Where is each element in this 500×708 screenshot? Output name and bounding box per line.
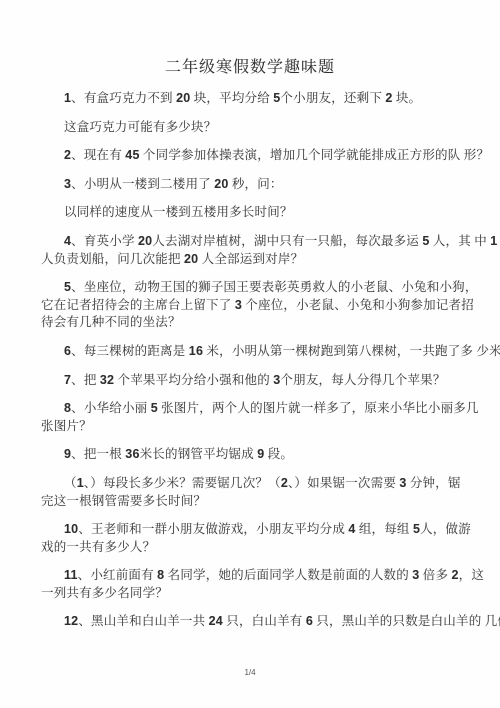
problem-paragraph: 以同样的速度从一楼到五楼用多长时间？ — [41, 204, 467, 222]
problem-paragraph: 3、小明从一楼到二楼用了 20 秒，问： — [41, 176, 467, 194]
problem-paragraph: 7、把 32 个苹果平均分给小强和他的 3个朋友，每人分得几个苹果？ — [41, 372, 467, 390]
problem-line: 一列共有多少名同学？ — [41, 585, 467, 603]
problem-paragraph: 12、黑山羊和白山羊一共 24 只，白山羊有 6 只，黑山羊的只数是白山羊的 几… — [41, 613, 467, 631]
problem-line: 2、现在有 45 个同学参加体操表演，增加几个同学就能排成正方形的队 形？ — [41, 147, 467, 165]
problem-paragraph: 9、把一根 36米长的钢管平均锯成 9 段。 — [41, 446, 467, 464]
problem-paragraph: 这盒巧克力可能有多少块？ — [41, 119, 467, 137]
problem-line: 待会有几种不同的坐法？ — [41, 314, 467, 332]
problem-line: 7、把 32 个苹果平均分给小强和他的 3个朋友，每人分得几个苹果？ — [41, 372, 467, 390]
problem-line: 戏的一共有多少人？ — [41, 539, 467, 557]
document-page: 二年级寒假数学趣味题 1、有盒巧克力不到 20 块，平均分给 5个小朋友，还剩下… — [0, 0, 500, 708]
problem-line: 它在记者招待会的主席台上留下了 3 个座位，小老鼠、小兔和小狗参加记者招 — [41, 297, 467, 315]
problem-paragraph: 1、有盒巧克力不到 20 块，平均分给 5个小朋友，还剩下 2 块。 — [41, 90, 467, 108]
problem-paragraph: 8、小华给小丽 5 张图片，两个人的图片就一样多了，原来小华比小丽多几张图片？ — [41, 400, 467, 435]
problem-line: 8、小华给小丽 5 张图片，两个人的图片就一样多了，原来小华比小丽多几 — [41, 400, 467, 418]
problem-line: 这盒巧克力可能有多少块？ — [41, 119, 467, 137]
problem-paragraph: 4、育英小学 20人去湖对岸植树，湖中只有一只船，每次最多运 5 人，其 中 1… — [41, 233, 467, 268]
problem-paragraph: 5、坐座位，动物王国的狮子国王要表彰英勇救人的小老鼠、小兔和小狗，它在记者招待会… — [41, 279, 467, 332]
problem-line: 12、黑山羊和白山羊一共 24 只，白山羊有 6 只，黑山羊的只数是白山羊的 几… — [41, 613, 467, 631]
page-title: 二年级寒假数学趣味题 — [0, 0, 500, 79]
problem-paragraph: 11、小红前面有 8 名同学，她的后面同学人数是前面的人数的 3 倍多 2，这一… — [41, 567, 467, 602]
problem-line: 完这一根钢管需要多长时间？ — [41, 493, 467, 511]
problem-line: 人负责划船，问几次能把 20 人全部运到对岸？ — [41, 251, 467, 269]
problem-line: （1、）每段长多少米？需要锯几次？（2、）如果锯一次需要 3 分钟，锯 — [41, 475, 467, 493]
problem-line: 3、小明从一楼到二楼用了 20 秒，问： — [41, 176, 467, 194]
problem-paragraph: 10、王老师和一群小朋友做游戏，小朋友平均分成 4 组，每组 5人，做游戏的一共… — [41, 521, 467, 556]
problem-line: 以同样的速度从一楼到五楼用多长时间？ — [41, 204, 467, 222]
page-number: 1/4 — [0, 668, 500, 677]
problem-paragraph: 2、现在有 45 个同学参加体操表演，增加几个同学就能排成正方形的队 形？ — [41, 147, 467, 165]
problem-paragraph: （1、）每段长多少米？需要锯几次？（2、）如果锯一次需要 3 分钟，锯完这一根钢… — [41, 475, 467, 510]
problem-paragraph: 6、每三棵树的距离是 16 米，小明从第一棵树跑到第八棵树，一共跑了多 少米？ — [41, 343, 467, 361]
problem-line: 5、坐座位，动物王国的狮子国王要表彰英勇救人的小老鼠、小兔和小狗， — [41, 279, 467, 297]
problem-list: 1、有盒巧克力不到 20 块，平均分给 5个小朋友，还剩下 2 块。这盒巧克力可… — [41, 90, 467, 631]
problem-line: 1、有盒巧克力不到 20 块，平均分给 5个小朋友，还剩下 2 块。 — [41, 90, 467, 108]
problem-line: 11、小红前面有 8 名同学，她的后面同学人数是前面的人数的 3 倍多 2，这 — [41, 567, 467, 585]
problem-line: 4、育英小学 20人去湖对岸植树，湖中只有一只船，每次最多运 5 人，其 中 1 — [41, 233, 467, 251]
problem-line: 10、王老师和一群小朋友做游戏，小朋友平均分成 4 组，每组 5人，做游 — [41, 521, 467, 539]
problem-line: 9、把一根 36米长的钢管平均锯成 9 段。 — [41, 446, 467, 464]
problem-line: 张图片？ — [41, 418, 467, 436]
problem-line: 6、每三棵树的距离是 16 米，小明从第一棵树跑到第八棵树，一共跑了多 少米？ — [41, 343, 467, 361]
